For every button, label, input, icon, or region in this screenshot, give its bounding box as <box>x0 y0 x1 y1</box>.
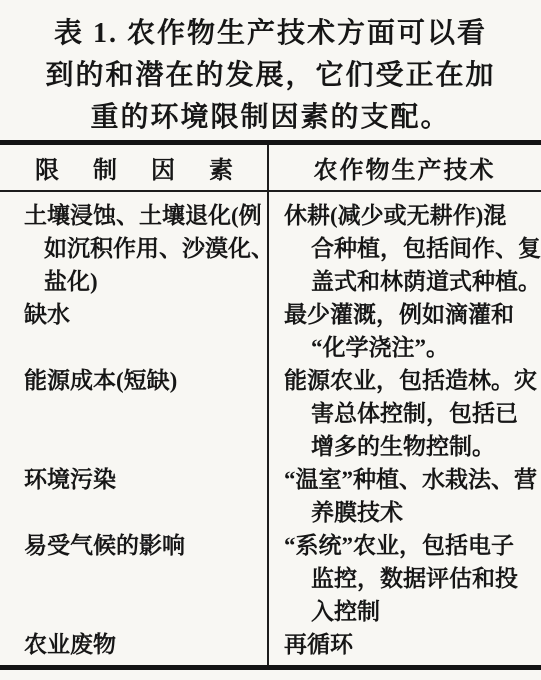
technology-line: 再循环 <box>284 628 539 661</box>
factor-line: 易受气候的影响 <box>24 529 262 562</box>
table-row: 易受气候的影响 “系统”农业，包括电子 监控，数据评估和投 入控制 <box>0 529 541 628</box>
technology-line: “系统”农业，包括电子 <box>284 529 539 562</box>
factor-line: 土壤浸蚀、土壤退化(例 <box>24 199 262 232</box>
factor-line: 如沉积作用、沙漠化、 <box>24 232 262 265</box>
technology-line: 增多的生物控制。 <box>284 430 539 463</box>
technology-cell: 最少灌溉，例如滴灌和 “化学浇注”。 <box>268 298 541 364</box>
caption-line: 表 1. 农作物生产技术方面可以看 <box>0 13 541 55</box>
table-caption: 表 1. 农作物生产技术方面可以看 到的和潜在的发展，它们受正在加 重的环境限制… <box>0 0 541 139</box>
technology-cell: “系统”农业，包括电子 监控，数据评估和投 入控制 <box>268 529 541 628</box>
technology-cell: “温室”种植、水栽法、营 养膜技术 <box>268 463 541 529</box>
technology-cell: 休耕(减少或无耕作)混 合种植，包括间作、复 盖式和林荫道式种植。 <box>268 199 541 298</box>
header-crop-production-technology: 农作物生产技术 <box>268 150 541 185</box>
table-row: 环境污染 “温室”种植、水栽法、营 养膜技术 <box>0 463 541 529</box>
technology-line: 监控，数据评估和投 <box>284 562 539 595</box>
factor-line: 环境污染 <box>24 463 262 496</box>
technology-line: 入控制 <box>284 595 539 628</box>
column-divider-rule <box>267 145 269 665</box>
scanned-page: 表 1. 农作物生产技术方面可以看 到的和潜在的发展，它们受正在加 重的环境限制… <box>0 0 541 680</box>
technology-line: 合种植，包括间作、复 <box>284 232 541 265</box>
factor-cell: 能源成本(短缺) <box>0 364 268 463</box>
technology-line: 养膜技术 <box>284 496 539 529</box>
technology-line: 休耕(减少或无耕作)混 <box>284 199 541 232</box>
factor-cell: 环境污染 <box>0 463 268 529</box>
factor-cell: 土壤浸蚀、土壤退化(例 如沉积作用、沙漠化、 盐化) <box>0 199 268 298</box>
caption-line: 到的和潜在的发展，它们受正在加 <box>0 55 541 97</box>
technology-cell: 再循环 <box>268 628 541 661</box>
header-limiting-factors: 限 制 因 素 <box>0 150 268 185</box>
technology-line: 能源农业，包括造林。灾 <box>284 364 539 397</box>
technology-line: 最少灌溉，例如滴灌和 <box>284 298 539 331</box>
table-row: 土壤浸蚀、土壤退化(例 如沉积作用、沙漠化、 盐化) 休耕(减少或无耕作)混 合… <box>0 199 541 298</box>
factor-line: 缺水 <box>24 298 262 331</box>
factor-cell: 农业废物 <box>0 628 268 661</box>
factor-line: 能源成本(短缺) <box>24 364 262 397</box>
technology-line: 害总体控制，包括已 <box>284 397 539 430</box>
factor-line: 盐化) <box>24 265 262 298</box>
table-header-row: 限 制 因 素 农作物生产技术 <box>0 145 541 192</box>
caption-line: 重的环境限制因素的支配。 <box>0 97 541 139</box>
table: 限 制 因 素 农作物生产技术 土壤浸蚀、土壤退化(例 如沉积作用、沙漠化、 盐… <box>0 140 541 670</box>
table-row: 农业废物 再循环 <box>0 628 541 661</box>
technology-line: 盖式和林荫道式种植。 <box>284 265 541 298</box>
table-row: 能源成本(短缺) 能源农业，包括造林。灾 害总体控制，包括已 增多的生物控制。 <box>0 364 541 463</box>
table-body: 土壤浸蚀、土壤退化(例 如沉积作用、沙漠化、 盐化) 休耕(减少或无耕作)混 合… <box>0 192 541 665</box>
technology-cell: 能源农业，包括造林。灾 害总体控制，包括已 增多的生物控制。 <box>268 364 541 463</box>
factor-line: 农业废物 <box>24 628 262 661</box>
technology-line: “化学浇注”。 <box>284 331 539 364</box>
factor-cell: 易受气候的影响 <box>0 529 268 628</box>
factor-cell: 缺水 <box>0 298 268 364</box>
technology-line: “温室”种植、水栽法、营 <box>284 463 539 496</box>
table-row: 缺水 最少灌溉，例如滴灌和 “化学浇注”。 <box>0 298 541 364</box>
